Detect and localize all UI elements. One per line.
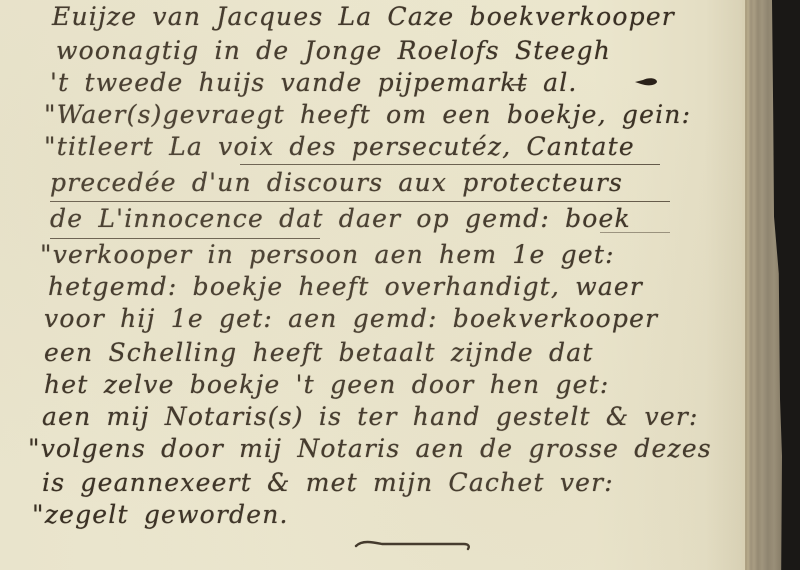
closing-flourish-icon bbox=[352, 536, 472, 554]
manuscript-line-16: "zegelt geworden. bbox=[32, 500, 289, 529]
manuscript-line-10: voor hij 1e get: aen gemd: boekverkooper bbox=[44, 304, 658, 333]
manuscript-line-1: Euijze van Jacques La Caze boekverkooper bbox=[52, 2, 675, 31]
margin-rule-1 bbox=[600, 232, 670, 233]
title-underline-1 bbox=[240, 164, 660, 165]
title-underline-2 bbox=[50, 201, 670, 202]
manuscript-line-4: "Waer(s)gevraegt heeft om een boekje, ge… bbox=[44, 100, 691, 129]
manuscript-line-11: een Schelling heeft betaalt zijnde dat bbox=[44, 338, 594, 367]
manuscript-line-2: woonagtig in de Jonge Roelofs Steegh bbox=[56, 36, 611, 65]
manuscript-line-14: "volgens door mij Notaris aen de grosse … bbox=[28, 434, 712, 463]
manuscript-viewport: Euijze van Jacques La Caze boekverkooper… bbox=[0, 0, 800, 570]
manuscript-line-9: hetgemd: boekje heeft overhandigt, waer bbox=[48, 272, 643, 301]
manuscript-line-7: de L'innocence dat daer op gemd: boek bbox=[50, 204, 631, 233]
manuscript-line-5: "titleert La voix des persecutéz, Cantat… bbox=[44, 132, 635, 161]
book-page-edges bbox=[742, 0, 782, 570]
manuscript-line-12: het zelve boekje 't geen door hen get: bbox=[44, 370, 610, 399]
manuscript-line-15: is geannexeert & met mijn Cachet ver: bbox=[42, 468, 614, 497]
manuscript-line-13: aen mij Notaris(s) is ter hand gestelt &… bbox=[42, 402, 699, 431]
manuscript-page: Euijze van Jacques La Caze boekverkooper… bbox=[0, 0, 742, 570]
manuscript-text-block: Euijze van Jacques La Caze boekverkooper… bbox=[0, 0, 742, 570]
manuscript-line-3: 't tweede huijs vande pijpemarkt̶ al. bbox=[50, 68, 578, 97]
manuscript-line-6: precedée d'un discours aux protecteurs bbox=[50, 168, 623, 197]
title-underline-3 bbox=[50, 238, 320, 239]
manuscript-line-8: "verkooper in persoon aen hem 1e get: bbox=[40, 240, 615, 269]
ink-blot-icon bbox=[633, 74, 659, 88]
